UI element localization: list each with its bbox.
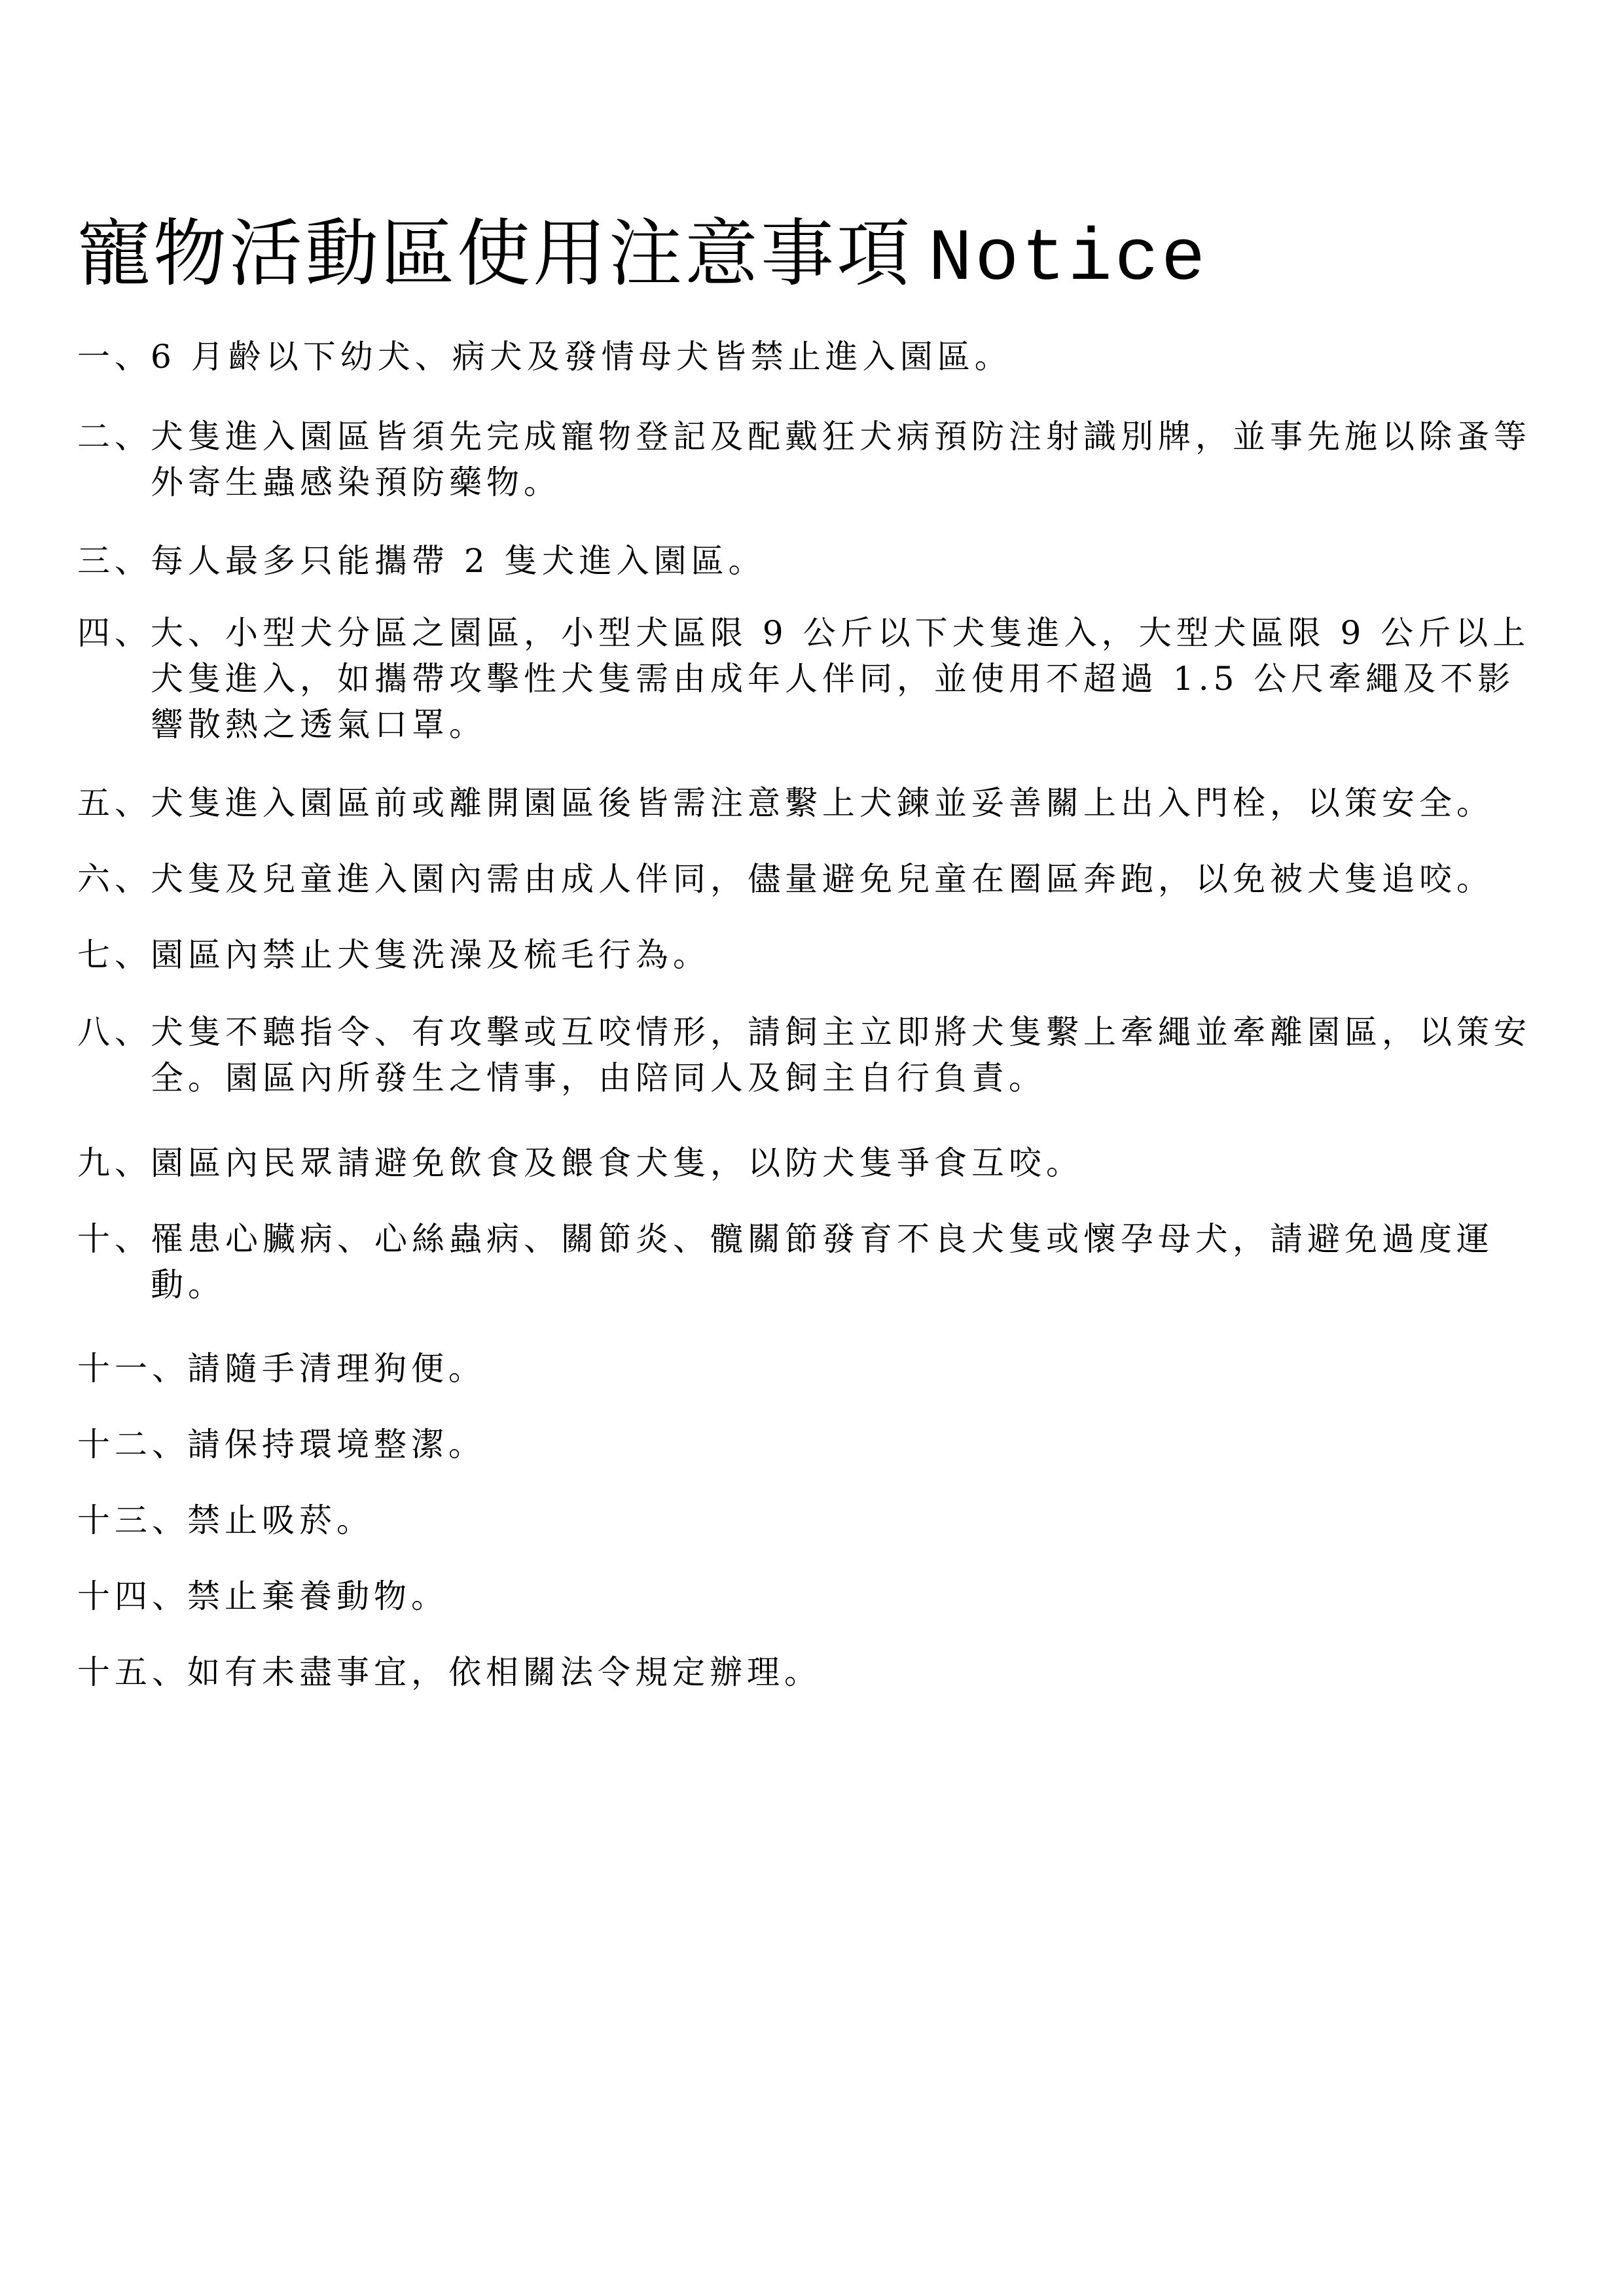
rule-item: 十五、如有未盡事宜，依相關法令規定辦理。 (77, 1649, 1537, 1695)
rule-text: 犬隻進入園區前或離開園區後皆需注意繫上犬鍊並妥善關上出入門栓，以策安全。 (151, 780, 1537, 826)
rule-text: 犬隻不聽指令、有攻擊或互咬情形，請飼主立即將犬隻繫上牽繩並牽離園區，以策安全。園… (151, 1009, 1537, 1101)
rule-text: 園區內禁止犬隻洗澡及梳毛行為。 (151, 932, 1537, 978)
rule-number: 四、 (77, 610, 151, 747)
rule-number: 三、 (77, 538, 151, 584)
rule-number: 十一、 (77, 1346, 187, 1391)
rule-item: 七、園區內禁止犬隻洗澡及梳毛行為。 (77, 932, 1537, 978)
rule-number: 六、 (77, 856, 151, 902)
rule-item: 二、犬隻進入園區皆須先完成寵物登記及配戴狂犬病預防注射識別牌，並事先施以除蚤等外… (77, 414, 1537, 505)
rule-number: 九、 (77, 1140, 151, 1186)
rule-text: 犬隻及兒童進入園內需由成人伴同，儘量避免兒童在圈區奔跑，以免被犬隻追咬。 (151, 856, 1537, 902)
rule-number: 十、 (77, 1216, 151, 1308)
rule-item: 九、園區內民眾請避免飲食及餵食犬隻，以防犬隻爭食互咬。 (77, 1140, 1537, 1186)
rule-item: 十一、請隨手清理狗便。 (77, 1346, 1537, 1391)
rule-text: 罹患心臟病、心絲蟲病、關節炎、髖關節發育不良犬隻或懷孕母犬，請避免過度運動。 (151, 1216, 1537, 1308)
rule-number: 十四、 (77, 1573, 187, 1619)
rule-text: 禁止吸菸。 (187, 1498, 1537, 1543)
rule-item: 三、每人最多只能攜帶 2 隻犬進入園區。 (77, 538, 1537, 584)
rule-text: 大、小型犬分區之園區，小型犬區限 9 公斤以下犬隻進入，大型犬區限 9 公斤以上… (151, 610, 1537, 747)
rule-number: 十二、 (77, 1422, 187, 1467)
rule-item: 八、犬隻不聽指令、有攻擊或互咬情形，請飼主立即將犬隻繫上牽繩並牽離園區，以策安全… (77, 1009, 1537, 1101)
rule-item: 十三、禁止吸菸。 (77, 1498, 1537, 1543)
rule-number: 八、 (77, 1009, 151, 1101)
rule-number: 一、 (77, 334, 151, 380)
page-title: 寵物活動區使用注意事項Notice (77, 208, 1208, 306)
rule-item: 十、罹患心臟病、心絲蟲病、關節炎、髖關節發育不良犬隻或懷孕母犬，請避免過度運動。 (77, 1216, 1537, 1308)
rule-number: 五、 (77, 780, 151, 826)
rule-text: 請保持環境整潔。 (187, 1422, 1537, 1467)
rule-number: 七、 (77, 932, 151, 978)
rule-text: 每人最多只能攜帶 2 隻犬進入園區。 (151, 538, 1537, 584)
rule-text: 園區內民眾請避免飲食及餵食犬隻，以防犬隻爭食互咬。 (151, 1140, 1537, 1186)
title-chinese: 寵物活動區使用注意事項 (77, 211, 912, 296)
rule-number: 十五、 (77, 1649, 187, 1695)
rule-text: 如有未盡事宜，依相關法令規定辦理。 (187, 1649, 1537, 1695)
rule-item: 十四、禁止棄養動物。 (77, 1573, 1537, 1619)
rule-item: 五、犬隻進入園區前或離開園區後皆需注意繫上犬鍊並妥善關上出入門栓，以策安全。 (77, 780, 1537, 826)
rule-text: 請隨手清理狗便。 (187, 1346, 1537, 1391)
rule-text: 犬隻進入園區皆須先完成寵物登記及配戴狂犬病預防注射識別牌，並事先施以除蚤等外寄生… (151, 414, 1537, 505)
rule-text: 禁止棄養動物。 (187, 1573, 1537, 1619)
rule-number: 十三、 (77, 1498, 187, 1543)
rule-item: 四、大、小型犬分區之園區，小型犬區限 9 公斤以下犬隻進入，大型犬區限 9 公斤… (77, 610, 1537, 747)
rule-text: 6 月齡以下幼犬、病犬及發情母犬皆禁止進入園區。 (151, 334, 1537, 380)
rule-item: 六、犬隻及兒童進入園內需由成人伴同，儘量避免兒童在圈區奔跑，以免被犬隻追咬。 (77, 856, 1537, 902)
rule-item: 一、6 月齡以下幼犬、病犬及發情母犬皆禁止進入園區。 (77, 334, 1537, 380)
title-english: Notice (928, 218, 1208, 301)
rule-item: 十二、請保持環境整潔。 (77, 1422, 1537, 1467)
rule-number: 二、 (77, 414, 151, 505)
